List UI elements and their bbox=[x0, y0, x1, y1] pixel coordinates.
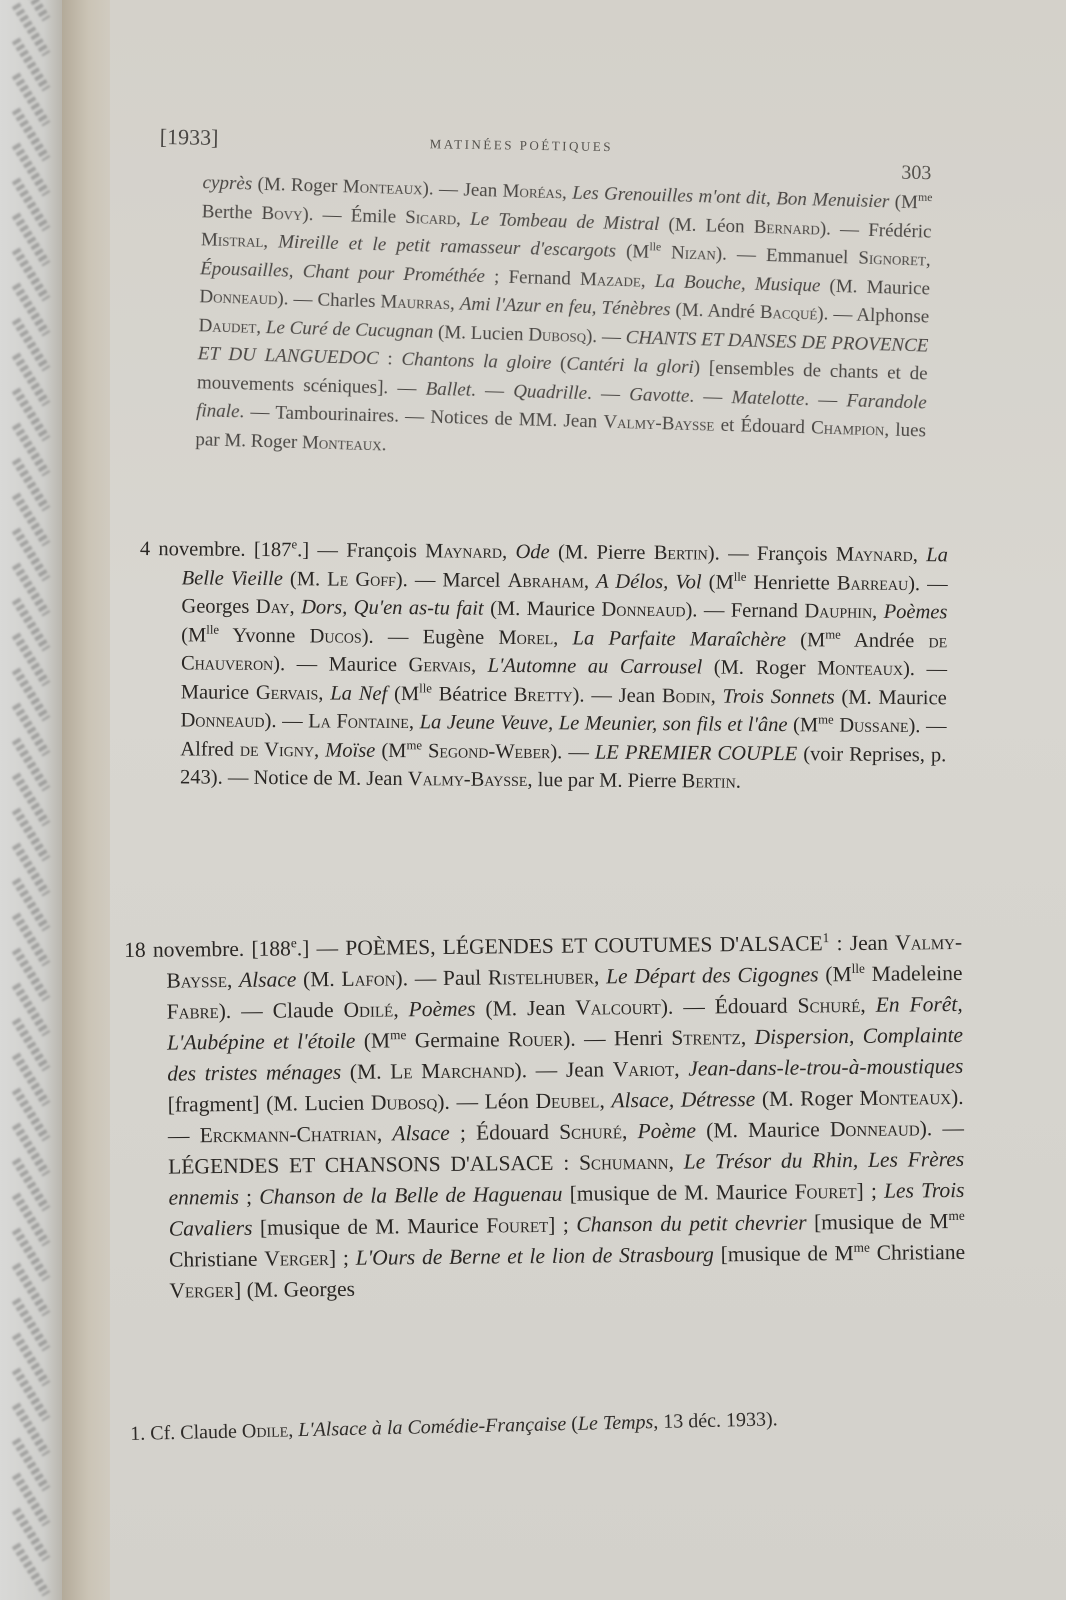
paragraph-text: 18 novembre. [188e.] — POÈMES, LÉGENDES … bbox=[124, 927, 966, 1307]
entry-4-novembre: 4 novembre. [187e.] — François Maynard, … bbox=[138, 535, 948, 798]
paragraph-text: cyprès (M. Roger Monteaux). — Jean Moréa… bbox=[150, 168, 933, 475]
entry-18-novembre: 18 novembre. [188e.] — POÈMES, LÉGENDES … bbox=[124, 927, 966, 1307]
continuation-paragraph: cyprès (M. Roger Monteaux). — Jean Moréa… bbox=[150, 168, 933, 475]
running-title: Matinées poétiques bbox=[430, 136, 614, 155]
running-year: [1933] bbox=[160, 124, 219, 151]
facing-page-edge bbox=[0, 0, 62, 1600]
paragraph-text: 4 novembre. [187e.] — François Maynard, … bbox=[138, 535, 948, 798]
page-number: 303 bbox=[901, 162, 931, 185]
